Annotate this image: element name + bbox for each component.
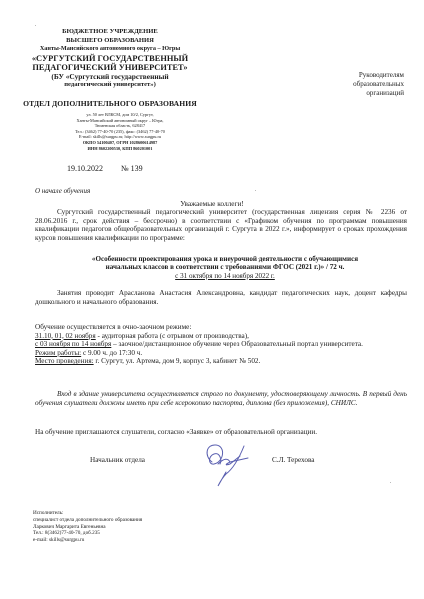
signature-icon <box>200 442 260 488</box>
program-title: начальных классов в соответствии с требо… <box>60 263 390 271</box>
work-hours: Режим работы: с 9.00 ч. до 17:30 ч. <box>35 349 407 358</box>
schedule-text: - аудиторная работа (с отрывом от произв… <box>96 332 249 340</box>
letterhead: БЮДЖЕТНОЕ УЧРЕЖДЕНИЕ ВЫСШЕГО ОБРАЗОВАНИЯ… <box>12 28 208 90</box>
scan-speck <box>255 190 256 191</box>
executor-email: e-mail: skills@surgpu.ru <box>33 537 142 544</box>
program-block: «Особенности проектирования урока и внеу… <box>60 255 390 280</box>
scan-speck <box>35 25 36 26</box>
codes-line: ИНН 8602200530, КПП 860201001 <box>55 146 185 152</box>
recipient-line: образовательных <box>300 80 404 89</box>
date-number-line: 19.10.2022 № 139 <box>67 164 143 173</box>
schedule-dates: 31.10, 01, 02 ноября <box>35 332 96 340</box>
intro-paragraph: Сургутский государственный педагогически… <box>35 208 407 242</box>
subject-line: О начале обучения <box>35 187 90 195</box>
executor-block: Исполнитель: специалист отдела дополните… <box>33 510 142 544</box>
venue: Место проведения: г. Сургут, ул. Артема,… <box>35 357 407 366</box>
schedule-dates: с 03 ноября по 14 ноября <box>35 340 111 348</box>
contact-block: ул. 50 лет ВЛКСМ, дом 10/2, Сургут, Хант… <box>55 112 185 151</box>
university-name: «СУРГУТСКИЙ ГОСУДАРСТВЕННЫЙ <box>12 54 208 63</box>
schedule-intro: Обучение осуществляется в очно-заочном р… <box>35 323 407 332</box>
org-line: ВЫСШЕГО ОБРАЗОВАНИЯ <box>12 37 208 46</box>
place-label: Место проведения: <box>35 357 94 365</box>
schedule-item: 31.10, 01, 02 ноября - аудиторная работа… <box>35 332 407 341</box>
program-title: «Особенности проектирования урока и внеу… <box>60 255 390 263</box>
short-name: (БУ «Сургутский государственный <box>12 73 208 82</box>
letter-number: 139 <box>131 164 143 173</box>
greeting: Уважаемые коллеги! <box>0 199 424 208</box>
executor-line: Исполнитель: <box>33 510 142 517</box>
hours-label: Режим работы: <box>35 349 81 357</box>
program-period: с 31 октября по 14 ноября 2022 г. <box>60 272 390 280</box>
place-value: г. Сургут, ул. Артема, дом 9, корпус 3, … <box>94 357 261 365</box>
recipient-line: Руководителям <box>300 71 404 80</box>
org-line: Ханты-Мансийского автономного округа – Ю… <box>12 45 208 54</box>
teacher-paragraph: Занятия проводит Арасланова Анастасия Ал… <box>35 289 407 306</box>
schedule-item: с 03 ноября по 14 ноября – заочное/диста… <box>35 340 407 349</box>
notice-paragraph: Вход в здание университета осуществляетс… <box>35 390 407 407</box>
letter-date: 19.10.2022 <box>67 164 103 173</box>
scan-speck <box>258 258 259 259</box>
number-label: № <box>121 164 129 173</box>
recipient-block: Руководителям образовательных организаци… <box>300 71 404 98</box>
department-title: ОТДЕЛ ДОПОЛНИТЕЛЬНОГО ОБРАЗОВАНИЯ <box>12 99 208 108</box>
hours-value: с 9.00 ч. до 17:30 ч. <box>81 349 142 357</box>
executor-line: специалист отдела дополнительного образо… <box>33 517 142 524</box>
executor-line: Тел.: 8(3462)77-40-70, доб.235 <box>33 530 142 537</box>
short-name: педагогический университет») <box>12 81 208 90</box>
schedule-block: Обучение осуществляется в очно-заочном р… <box>35 323 407 366</box>
recipient-line: организаций <box>300 89 404 98</box>
schedule-text: – заочное/дистанционное обучение через О… <box>111 340 363 348</box>
signatory-name: С.Л. Терехова <box>272 456 314 464</box>
signatory-position: Начальник отдела <box>90 456 145 464</box>
scan-speck <box>390 482 391 483</box>
invite-paragraph: На обучение приглашаются слушатели, согл… <box>35 428 407 437</box>
org-line: БЮДЖЕТНОЕ УЧРЕЖДЕНИЕ <box>12 28 208 37</box>
